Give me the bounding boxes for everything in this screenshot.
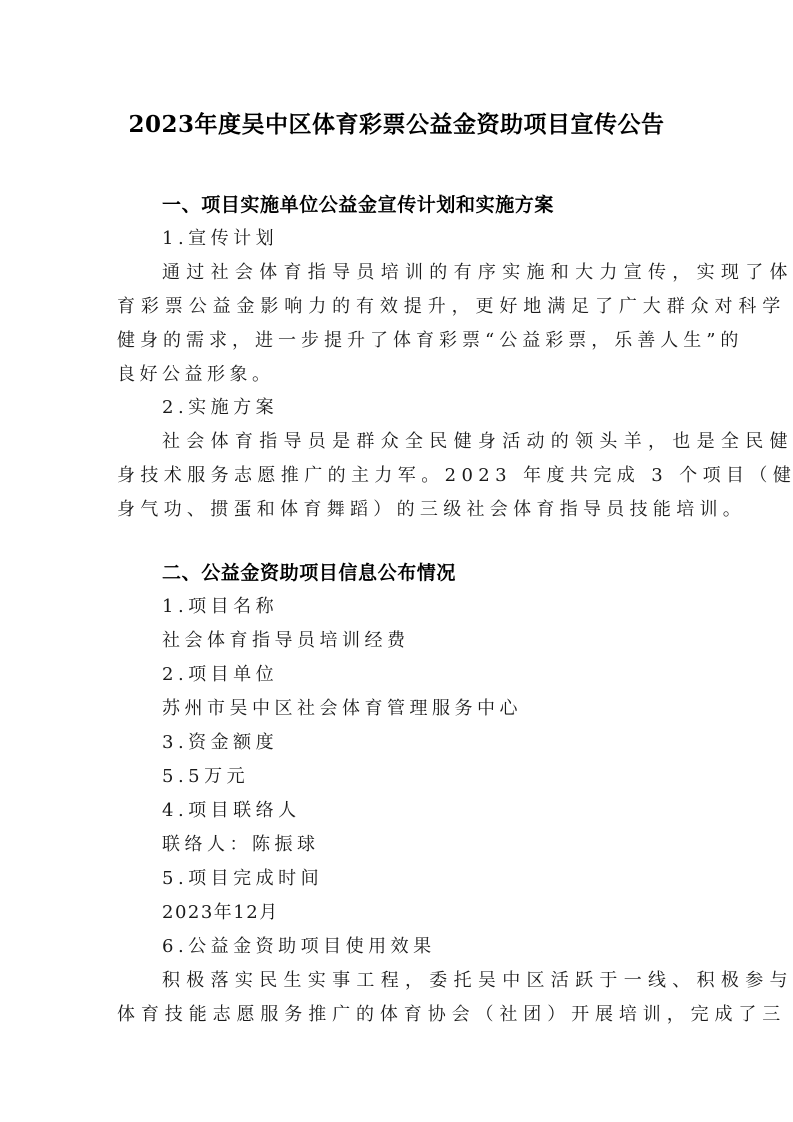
sub-heading-implementation-plan: 2.实施方案 xyxy=(162,396,722,420)
paragraph-line: 身技术服务志愿推广的主力军。2023 年度共完成 3 个项目（健 xyxy=(117,464,677,488)
item-label: 2.项目单位 xyxy=(162,663,722,687)
paragraph-line: 社会体育指导员是群众全民健身活动的领头羊，也是全民健 xyxy=(162,430,722,454)
section-1-heading: 一、项目实施单位公益金宣传计划和实施方案 xyxy=(162,193,722,217)
paragraph-line: 积极落实民生实事工程，委托吴中区活跃于一线、积极参与 xyxy=(162,969,722,993)
item-value: 苏州市吴中区社会体育管理服务中心 xyxy=(162,697,722,721)
item-label: 4.项目联络人 xyxy=(162,799,722,823)
paragraph-line: 健身的需求，进一步提升了体育彩票“公益彩票，乐善人生”的 xyxy=(117,329,677,353)
item-label: 1.项目名称 xyxy=(162,595,722,619)
paragraph-line: 通过社会体育指导员培训的有序实施和大力宣传，实现了体 xyxy=(162,261,722,285)
document-title: 2023年度吴中区体育彩票公益金资助项目宣传公告 xyxy=(0,107,793,143)
section-2-heading: 二、公益金资助项目信息公布情况 xyxy=(162,561,722,585)
paragraph-line: 体育技能志愿服务推广的体育协会（社团）开展培训，完成了三 xyxy=(117,1003,677,1027)
paragraph-line: 身气功、掼蛋和体育舞蹈）的三级社会体育指导员技能培训。 xyxy=(117,498,677,522)
item-value: 社会体育指导员培训经费 xyxy=(162,629,722,653)
item-value: 2023年12月 xyxy=(162,901,722,925)
item-label: 5.项目完成时间 xyxy=(162,867,722,891)
item-value: 联络人：陈振球 xyxy=(162,833,722,857)
item-label: 3.资金额度 xyxy=(162,731,722,755)
item-value: 5.5万元 xyxy=(162,765,722,789)
sub-heading-publicity-plan: 1.宣传计划 xyxy=(162,227,722,251)
paragraph-line: 育彩票公益金影响力的有效提升，更好地满足了广大群众对科学 xyxy=(117,295,677,319)
item-label: 6.公益金资助项目使用效果 xyxy=(162,935,722,959)
paragraph-line: 良好公益形象。 xyxy=(117,363,677,387)
document-page: 2023年度吴中区体育彩票公益金资助项目宣传公告 一、项目实施单位公益金宣传计划… xyxy=(0,0,793,1122)
